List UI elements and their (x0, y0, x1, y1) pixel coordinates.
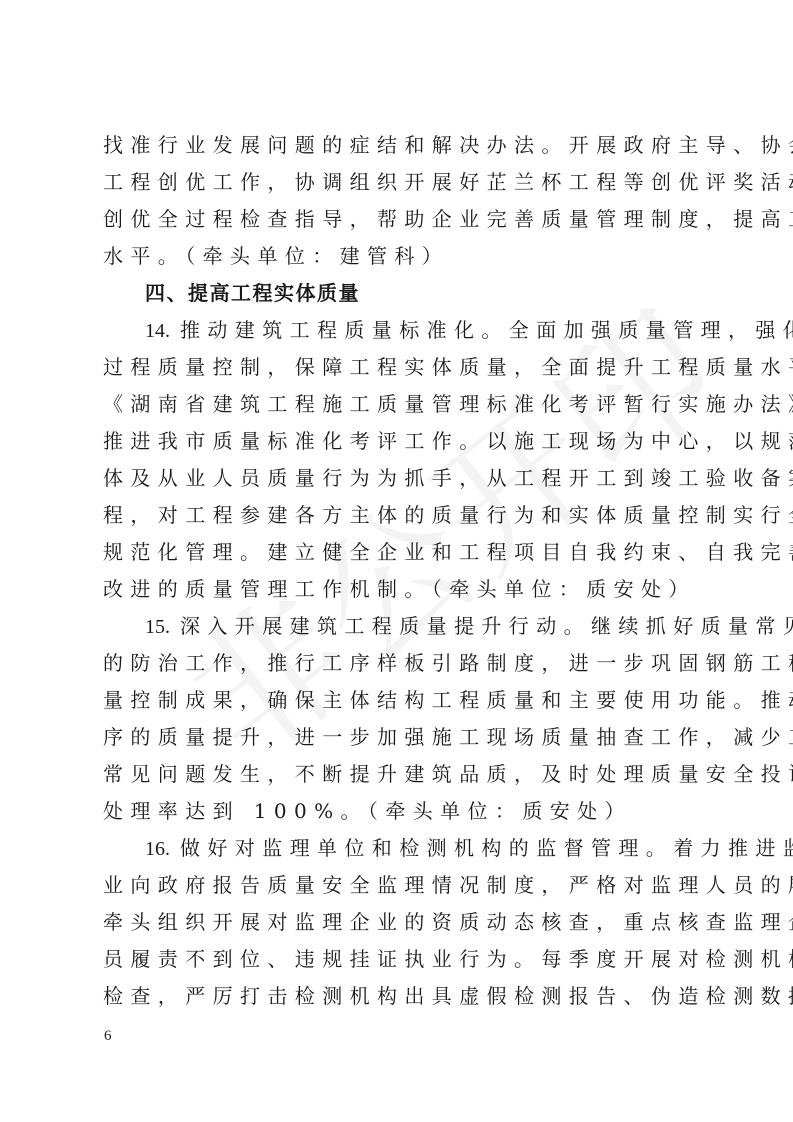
intro-paragraph: 找准行业发展问题的症结和解决办法。开展政府主导、协会配合的 工程创优工作，协调组… (103, 127, 693, 275)
text-line: 常见问题发生，不断提升建筑品质，及时处理质量安全投诉，投诉 (103, 756, 691, 793)
item-title-text: 深入开展建筑工程质量提升行动。继续抓好质量常见问题 (180, 614, 793, 638)
text-line: 牵头组织开展对监理企业的资质动态核查，重点核查监理企业和人 (103, 904, 691, 941)
text-line: 处理率达到 100%。（牵头单位：质安处） (103, 793, 691, 830)
text-line: 工程创优工作，协调组织开展好芷兰杯工程等创优评奖活动，强化 (103, 164, 691, 201)
document-page: 找准行业发展问题的症结和解决办法。开展政府主导、协会配合的 工程创优工作，协调组… (103, 127, 693, 1015)
text-line: 员履责不到位、违规挂证执业行为。每季度开展对检测机构的飞行 (103, 941, 691, 978)
text-line: 程，对工程参建各方主体的质量行为和实体质量控制实行全流程的 (103, 497, 691, 534)
item-16: 16.做好对监理单位和检测机构的监督管理。着力推进监理企 业向政府报告质量安全监… (103, 830, 693, 1015)
item-first-line: 16.做好对监理单位和检测机构的监督管理。着力推进监理企 (103, 830, 691, 867)
text-line: 序的质量提升，进一步加强施工现场质量抽查工作，减少工程质量 (103, 719, 691, 756)
page-number: 6 (104, 1028, 112, 1045)
text-line: 推进我市质量标准化考评工作。以施工现场为中心，以规范责任主 (103, 423, 691, 460)
item-14: 14.推动建筑工程质量标准化。全面加强质量管理，强化施工 过程质量控制，保障工程… (103, 312, 693, 608)
text-line: 体及从业人员质量行为为抓手，从工程开工到竣工验收备案的全过 (103, 460, 691, 497)
item-number: 14. (145, 320, 170, 342)
text-line: 的防治工作，推行工序样板引路制度，进一步巩固钢筋工程施工质 (103, 645, 691, 682)
text-line: 量控制成果，确保主体结构工程质量和主要使用功能。推动其它工 (103, 682, 691, 719)
text-line: 改进的质量管理工作机制。（牵头单位：质安处） (103, 571, 691, 608)
item-number: 16. (145, 838, 170, 860)
text-line: 业向政府报告质量安全监理情况制度，严格对监理人员的履责监督。 (103, 867, 691, 904)
section-heading: 四、提高工程实体质量 (103, 275, 693, 312)
item-title-text: 做好对监理单位和检测机构的监督管理。着力推进监理企 (180, 836, 793, 860)
text-line: 水平。（牵头单位：建管科） (103, 238, 691, 275)
text-line: 检查，严厉打击检测机构出具虚假检测报告、伪造检测数据行为。 (103, 978, 691, 1015)
item-15: 15.深入开展建筑工程质量提升行动。继续抓好质量常见问题 的防治工作，推行工序样… (103, 608, 693, 830)
item-first-line: 15.深入开展建筑工程质量提升行动。继续抓好质量常见问题 (103, 608, 691, 645)
item-number: 15. (145, 616, 170, 638)
text-line: 规范化管理。建立健全企业和工程项目自我约束、自我完善、持续 (103, 534, 691, 571)
text-line: 找准行业发展问题的症结和解决办法。开展政府主导、协会配合的 (103, 127, 691, 164)
text-line: 《湖南省建筑工程施工质量管理标准化考评暂行实施办法》，全面 (103, 386, 691, 423)
item-first-line: 14.推动建筑工程质量标准化。全面加强质量管理，强化施工 (103, 312, 691, 349)
text-line: 过程质量控制，保障工程实体质量，全面提升工程质量水平。对照 (103, 349, 691, 386)
text-line: 创优全过程检查指导，帮助企业完善质量管理制度，提高工程创优 (103, 201, 691, 238)
item-title-text: 推动建筑工程质量标准化。全面加强质量管理，强化施工 (180, 318, 793, 342)
